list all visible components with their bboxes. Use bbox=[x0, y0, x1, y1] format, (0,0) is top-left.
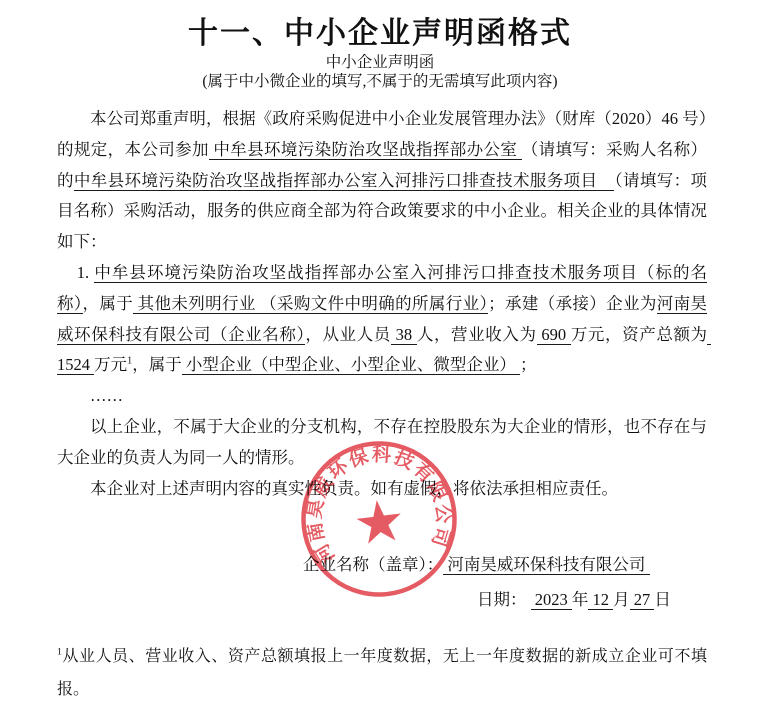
item-1-paragraph: 1. 中牟县环境污染防治攻坚战指挥部办公室入河排污口排查技术服务项目（标的名称）… bbox=[57, 258, 707, 381]
company-signature-line: 企业名称（盖章）： 河南昊威环保科技有限公司 bbox=[303, 551, 650, 575]
no-affiliation-paragraph: 以上企业，不属于大企业的分支机构，不存在控股股东为大企业的情形，也不存在与大企业… bbox=[57, 412, 707, 474]
document-body: 本公司郑重声明，根据《政府采购促进中小企业发展管理办法》（财库（2020）46 … bbox=[57, 104, 707, 504]
ellipsis-line: …… bbox=[57, 381, 707, 412]
footnote: 1从业人员、营业收入、资产总额填报上一年度数据，无上一年度数据的新成立企业可不填… bbox=[57, 640, 707, 706]
sme-declaration-document: 十一、中小企业声明函格式 中小企业声明函 (属于中小微企业的填写,不属于的无需填… bbox=[0, 0, 760, 720]
declaration-paragraph: 本公司郑重声明，根据《政府采购促进中小企业发展管理办法》（财库（2020）46 … bbox=[57, 104, 707, 258]
fill-instruction-note: (属于中小微企业的填写,不属于的无需填写此项内容) bbox=[0, 69, 760, 91]
responsibility-paragraph: 本企业对上述声明内容的真实性负责。如有虚假，将依法承担相应责任。 bbox=[57, 474, 707, 505]
page-title: 十一、中小企业声明函格式 bbox=[0, 8, 760, 52]
date-line: 日期： 2023 年 12 月 27 日 bbox=[477, 586, 671, 610]
